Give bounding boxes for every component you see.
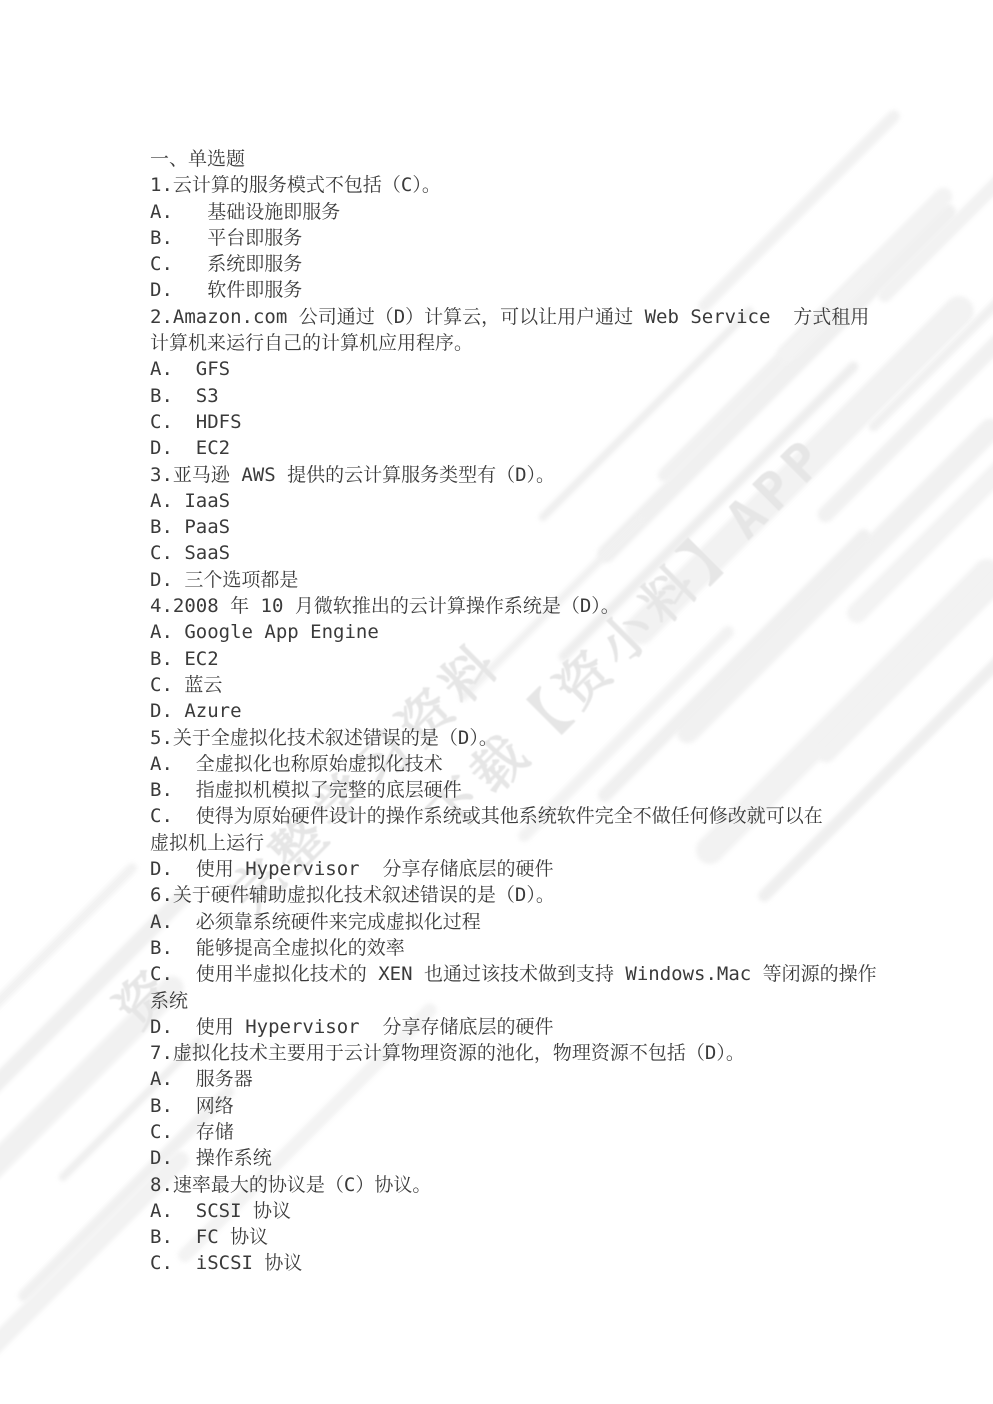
option-line: B. 网络 (150, 1093, 877, 1119)
brush-stroke (866, 271, 993, 434)
option-line: A. 基础设施即服务 (150, 199, 877, 225)
option-line: A. Google App Engine (150, 619, 877, 645)
document-page: 一、单选题 1.云计算的服务模式不包括（C）。A. 基础设施即服务B. 平台即服… (150, 146, 877, 1277)
option-line: B. PaaS (150, 514, 877, 540)
option-line: C. 使用半虚拟化技术的 XEN 也通过该技术做到支持 Windows.Mac … (150, 961, 877, 987)
option-line: C. 蓝云 (150, 672, 877, 698)
question-stem-line: 4.2008 年 10 月微软推出的云计算操作系统是（D）。 (150, 593, 877, 619)
option-line: A. 必须靠系统硬件来完成虚拟化过程 (150, 909, 877, 935)
option-line: D. 操作系统 (150, 1145, 877, 1171)
option-line: C. 系统即服务 (150, 251, 877, 277)
option-line: B. 平台即服务 (150, 225, 877, 251)
option-line: B. EC2 (150, 646, 877, 672)
section-title: 一、单选题 (150, 146, 877, 172)
question-stem-line: 7.虚拟化技术主要用于云计算物理资源的池化，物理资源不包括（D）。 (150, 1040, 877, 1066)
option-line: 虚拟机上运行 (150, 830, 877, 856)
option-line: C. SaaS (150, 540, 877, 566)
question-stem-line: 1.云计算的服务模式不包括（C）。 (150, 172, 877, 198)
brush-stroke (0, 861, 139, 1024)
option-line: B. FC 协议 (150, 1224, 877, 1250)
option-line: B. 指虚拟机模拟了完整的底层硬件 (150, 777, 877, 803)
option-line: D. 使用 Hypervisor 分享存储底层的硬件 (150, 856, 877, 882)
question-stem-line: 计算机来运行自己的计算机应用程序。 (150, 330, 877, 356)
question-stem-line: 5.关于全虚拟化技术叙述错误的是（D）。 (150, 725, 877, 751)
option-line: A. 全虚拟化也称原始虚拟化技术 (150, 751, 877, 777)
option-line: D. 软件即服务 (150, 277, 877, 303)
question-stem-line: 2.Amazon.com 公司通过（D）计算云，可以让用户通过 Web Serv… (150, 304, 877, 330)
option-line: A. GFS (150, 356, 877, 382)
option-line: D. Azure (150, 698, 877, 724)
option-line: A. SCSI 协议 (150, 1198, 877, 1224)
question-stem-line: 8.速率最大的协议是（C）协议。 (150, 1172, 877, 1198)
option-line: A. 服务器 (150, 1066, 877, 1092)
option-line: C. 使得为原始硬件设计的操作系统或其他系统软件完全不做任何修改就可以在 (150, 803, 877, 829)
option-line: D. EC2 (150, 435, 877, 461)
question-stem-line: 3.亚马逊 AWS 提供的云计算服务类型有（D）。 (150, 462, 877, 488)
option-line: B. S3 (150, 383, 877, 409)
option-line: 系统 (150, 988, 877, 1014)
option-line: B. 能够提高全虚拟化的效率 (150, 935, 877, 961)
option-line: C. 存储 (150, 1119, 877, 1145)
option-line: D. 三个选项都是 (150, 567, 877, 593)
option-line: D. 使用 Hypervisor 分享存储底层的硬件 (150, 1014, 877, 1040)
option-line: C. iSCSI 协议 (150, 1250, 877, 1276)
option-line: C. HDFS (150, 409, 877, 435)
brush-stroke (875, 154, 993, 305)
question-stem-line: 6.关于硬件辅助虚拟化技术叙述错误的是（D）。 (150, 882, 877, 908)
option-line: A. IaaS (150, 488, 877, 514)
